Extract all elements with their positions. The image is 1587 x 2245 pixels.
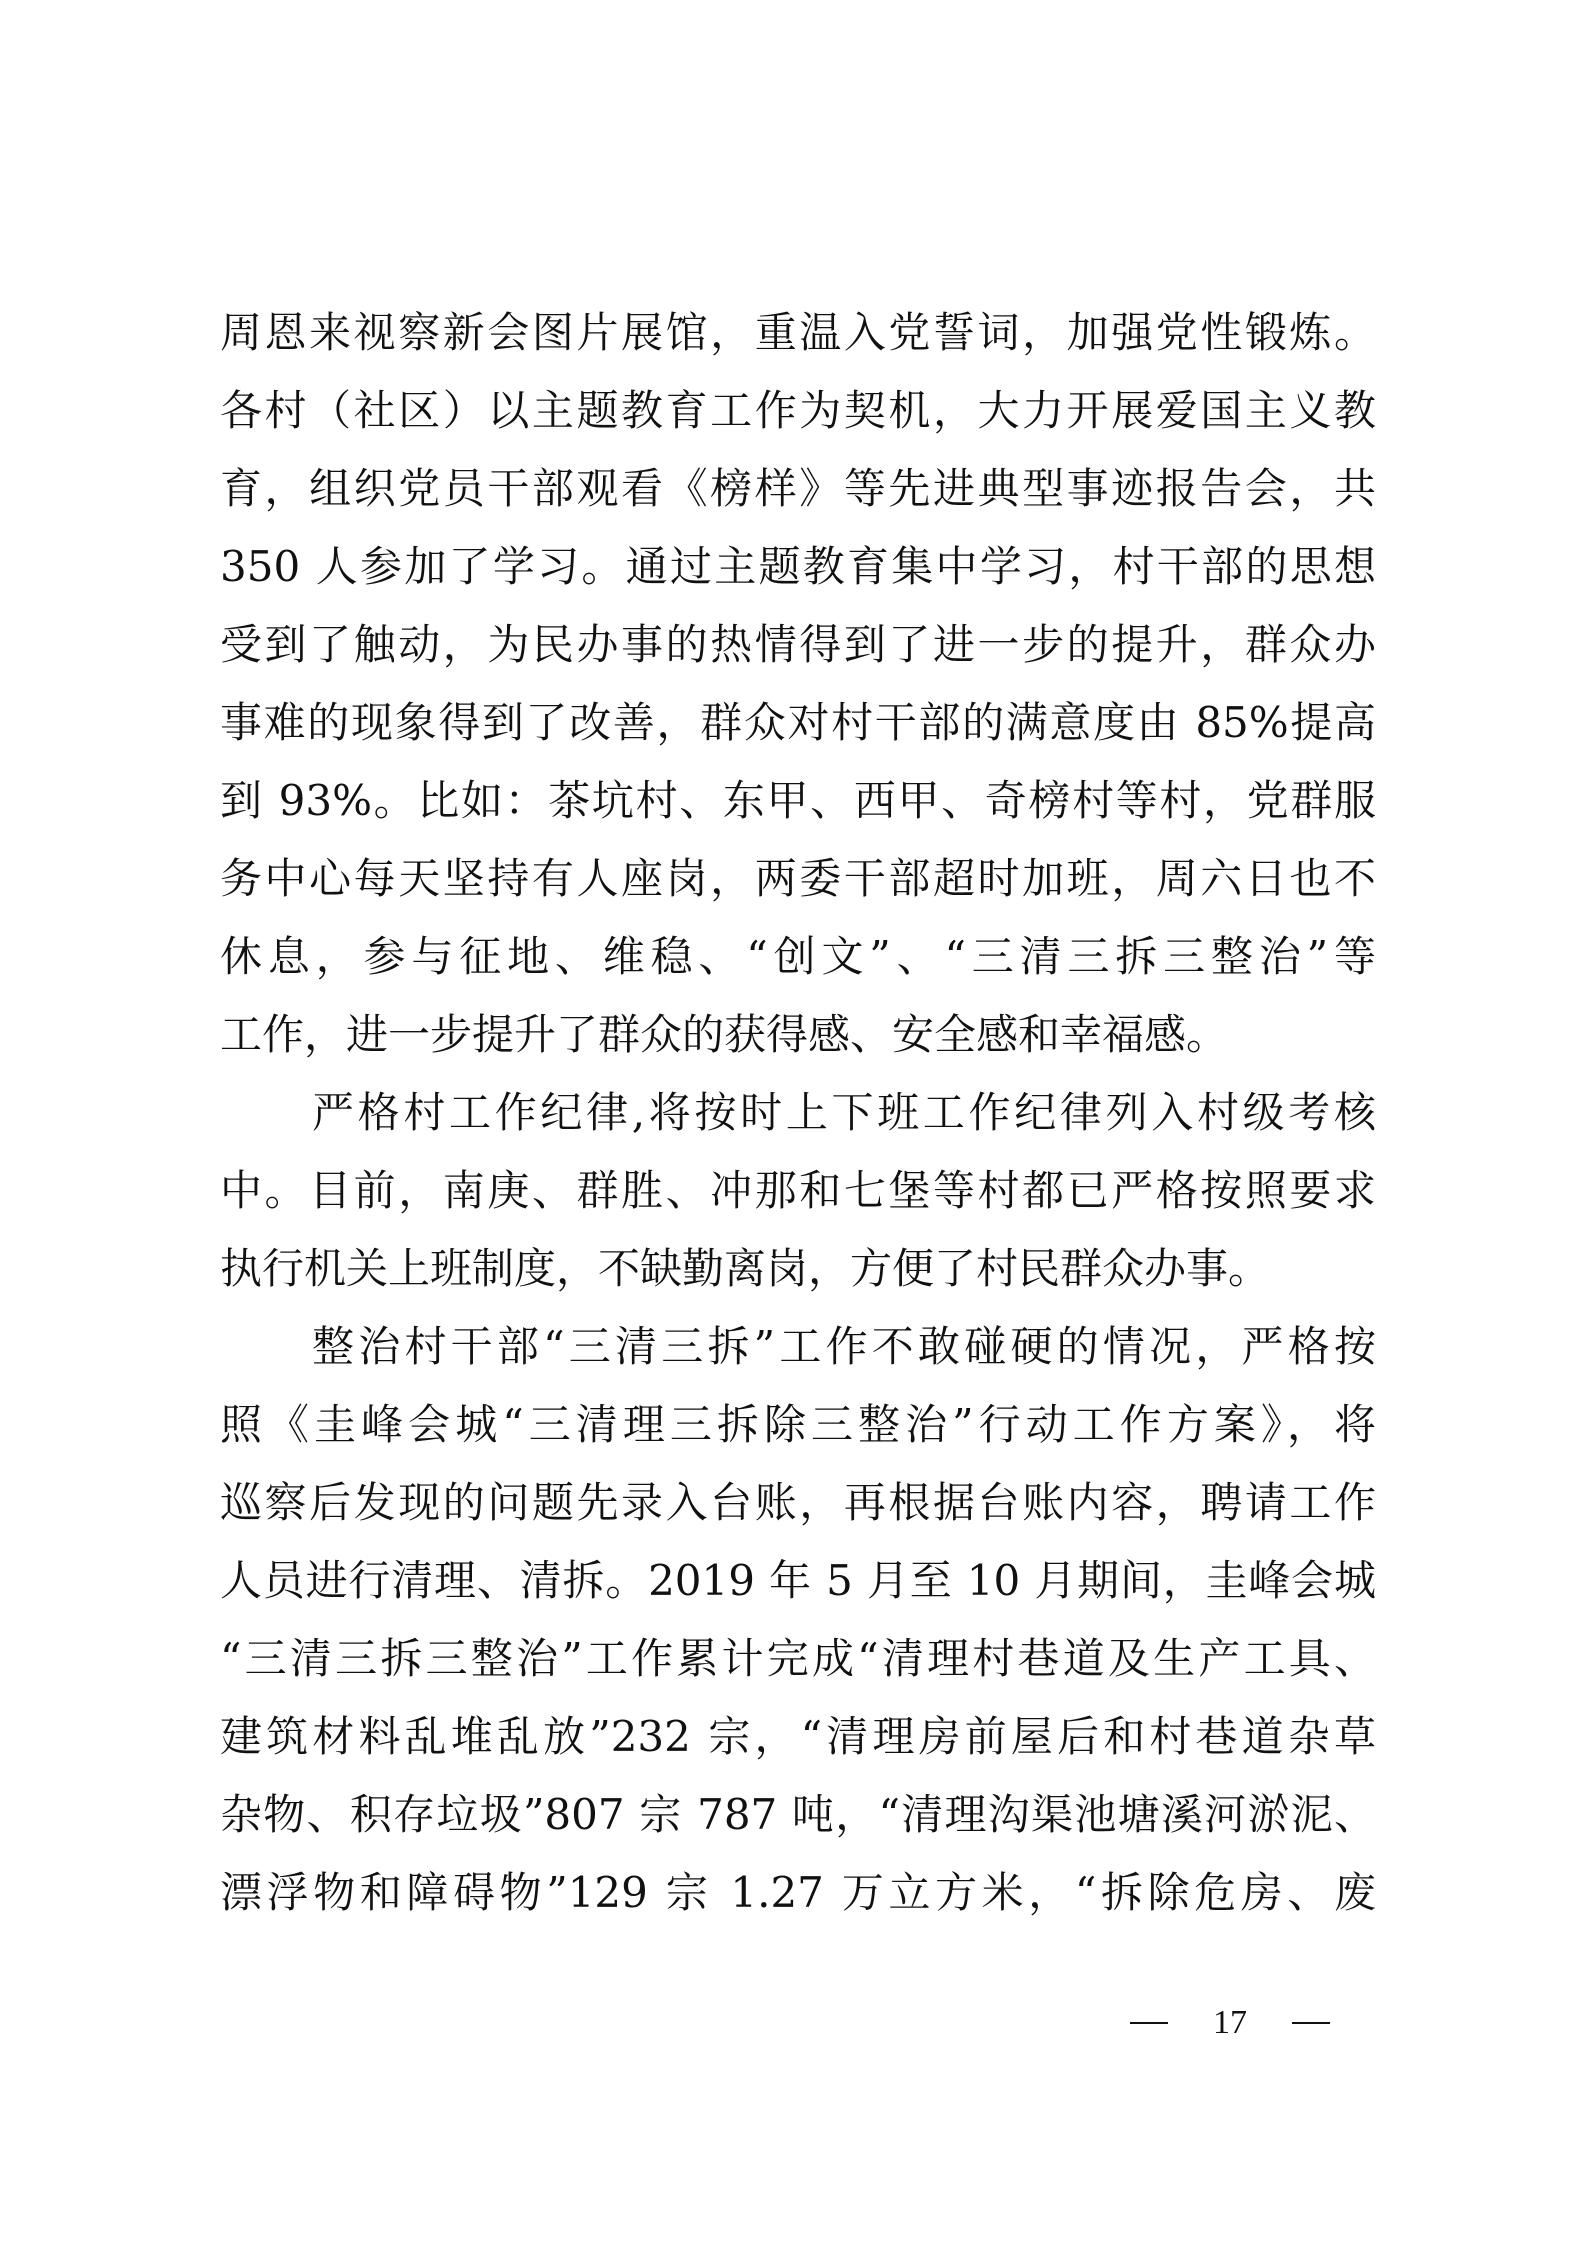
- text-line: 工作，进一步提升了群众的获得感、安全感和幸福感。: [220, 996, 1376, 1074]
- text-line: 各村（社区）以主题教育工作为契机，大力开展爱国主义教: [220, 372, 1376, 450]
- text-line: 执行机关上班制度，不缺勤离岗，方便了村民群众办事。: [220, 1230, 1376, 1308]
- document-page: 周恩来视察新会图片展馆，重温入党誓词，加强党性锻炼。 各村（社区）以主题教育工作…: [0, 0, 1587, 2245]
- text-line: 休息，参与征地、维稳、“创文”、“三清三拆三整治”等: [220, 918, 1376, 996]
- page-number: 17: [1130, 1998, 1330, 2048]
- text-line: 事难的现象得到了改善，群众对村干部的满意度由 85%提高: [220, 684, 1376, 762]
- text-line: 周恩来视察新会图片展馆，重温入党誓词，加强党性锻炼。: [220, 294, 1376, 372]
- text-line: 照《圭峰会城“三清理三拆除三整治”行动工作方案》，将: [220, 1386, 1376, 1464]
- text-line: 育，组织党员干部观看《榜样》等先进典型事迹报告会，共: [220, 450, 1376, 528]
- text-line: 整治村干部“三清三拆”工作不敢碰硬的情况，严格按: [220, 1308, 1376, 1386]
- dash-left: [1130, 2022, 1168, 2024]
- text-line: 到 93%。比如：茶坑村、东甲、西甲、奇榜村等村，党群服: [220, 762, 1376, 840]
- text-line: 杂物、积存垃圾”807 宗 787 吨，“清理沟渠池塘溪河淤泥、: [220, 1776, 1376, 1854]
- text-line: 建筑材料乱堆乱放”232 宗，“清理房前屋后和村巷道杂草: [220, 1698, 1376, 1776]
- text-line: “三清三拆三整治”工作累计完成“清理村巷道及生产工具、: [220, 1620, 1376, 1698]
- body-text: 周恩来视察新会图片展馆，重温入党誓词，加强党性锻炼。 各村（社区）以主题教育工作…: [220, 294, 1376, 1932]
- text-line: 严格村工作纪律,将按时上下班工作纪律列入村级考核: [220, 1074, 1376, 1152]
- dash-right: [1292, 2022, 1330, 2024]
- text-line: 巡察后发现的问题先录入台账，再根据台账内容，聘请工作: [220, 1464, 1376, 1542]
- text-line: 人员进行清理、清拆。2019 年 5 月至 10 月期间，圭峰会城: [220, 1542, 1376, 1620]
- text-line: 务中心每天坚持有人座岗，两委干部超时加班，周六日也不: [220, 840, 1376, 918]
- page-number-value: 17: [1213, 2004, 1247, 2042]
- text-line: 350 人参加了学习。通过主题教育集中学习，村干部的思想: [220, 528, 1376, 606]
- text-line: 漂浮物和障碍物”129 宗 1.27 万立方米，“拆除危房、废: [220, 1854, 1376, 1932]
- text-line: 中。目前，南庚、群胜、冲那和七堡等村都已严格按照要求: [220, 1152, 1376, 1230]
- text-line: 受到了触动，为民办事的热情得到了进一步的提升，群众办: [220, 606, 1376, 684]
